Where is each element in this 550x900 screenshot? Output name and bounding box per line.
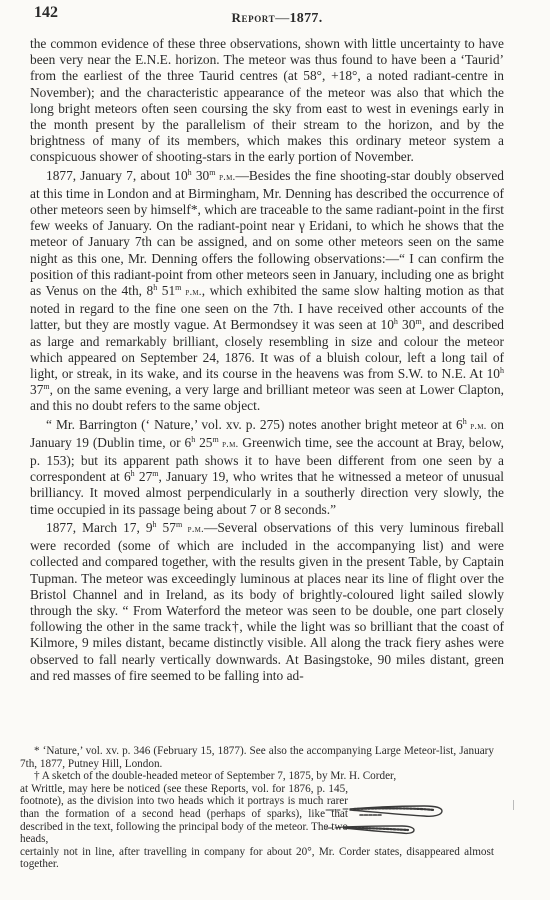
footnote-asterisk: * ‘Nature,’ vol. xv. p. 346 (February 15… — [20, 745, 494, 770]
date-text: 1877, March 17, 9 — [46, 520, 153, 535]
running-title-prefix: Report — [232, 10, 276, 25]
pm-label: p.m. — [215, 172, 235, 183]
footnote-dagger: † A sketch of the double-headed meteor o… — [20, 770, 494, 871]
paragraph-barrington: “ Mr. Barrington (‘ Nature,’ vol. xv. p.… — [30, 417, 504, 518]
paragraph-text: , on the same evening, a very large and … — [30, 382, 504, 413]
pm-label: p.m. — [467, 421, 487, 432]
minutes-text: 51 — [157, 283, 175, 298]
running-title-year: 1877. — [290, 11, 323, 26]
hours-superscript: h — [500, 366, 504, 375]
footnotes: * ‘Nature,’ vol. xv. p. 346 (February 15… — [20, 745, 494, 871]
minutes-text: 37 — [30, 382, 43, 397]
footnote-dagger-rest: certainly not in line, after travelling … — [20, 846, 494, 871]
minutes-text: 25 — [195, 435, 212, 450]
running-title-dash: — — [275, 11, 289, 26]
footnote-dagger-wrapped-text: at Writtle, may here be noticed (see the… — [20, 783, 348, 846]
paragraph-text: —Several observations of this very lumin… — [30, 520, 504, 683]
minutes-text: 27 — [135, 469, 153, 484]
minutes-text: 30 — [192, 168, 210, 183]
paragraph-text: —Besides the fine shooting-star doubly o… — [30, 168, 504, 298]
pm-label: p.m. — [219, 439, 239, 450]
paragraph-january-7: 1877, January 7, about 10h 30m p.m.—Besi… — [30, 168, 504, 415]
pm-label: p.m. — [181, 287, 201, 298]
footnote-dagger-first-line: † A sketch of the double-headed meteor o… — [20, 770, 494, 783]
date-text: 1877, January 7, about 10 — [46, 168, 188, 183]
document-page: 142 Report—1877. the common evidence of … — [0, 0, 550, 900]
paragraph-taurid: the common evidence of these three obser… — [30, 36, 504, 166]
double-headed-meteor-sketch-icon — [324, 798, 454, 844]
page-header: 142 Report—1877. — [34, 4, 520, 28]
paragraph-march-17: 1877, March 17, 9h 57m p.m.—Several obse… — [30, 520, 504, 684]
minutes-text: 57 — [157, 520, 176, 535]
minutes-text: 30 — [398, 317, 416, 332]
paragraph-text: “ Mr. Barrington (‘ Nature,’ vol. xv. p.… — [46, 417, 463, 432]
pm-label: p.m. — [182, 524, 204, 535]
body-text: the common evidence of these three obser… — [30, 36, 504, 684]
running-title: Report—1877. — [34, 10, 520, 27]
scan-artifact — [513, 800, 514, 810]
